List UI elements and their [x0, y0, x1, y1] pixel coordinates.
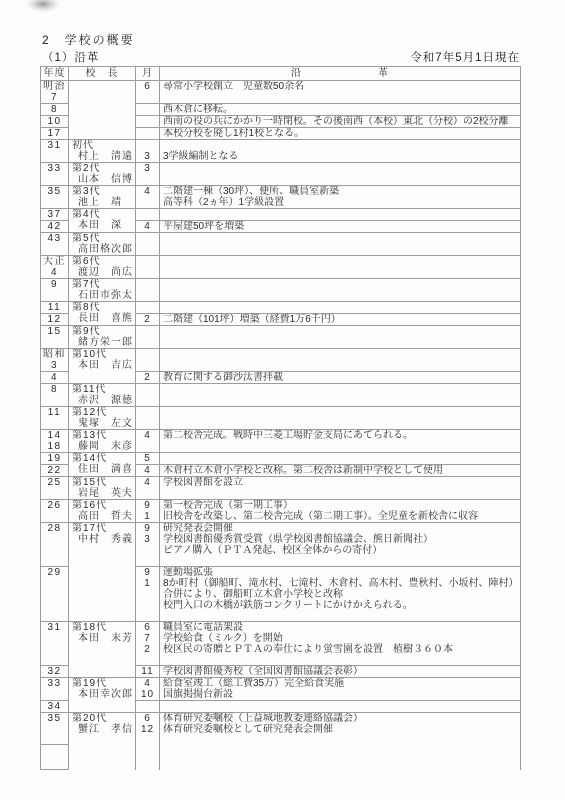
month-cell: [136, 384, 160, 407]
month-value: 7: [136, 633, 159, 644]
year-line: 28: [41, 523, 68, 534]
history-cell: [160, 233, 521, 256]
principal-name: 渡辺 尚広: [69, 267, 135, 278]
history-line: 高等科（2ヵ年）1学級設置: [160, 197, 520, 208]
history-line: 尋常小学校創立 児童数50余名: [160, 81, 520, 92]
month-cell: [136, 104, 160, 116]
principal-title: 第17代: [69, 523, 135, 534]
month-cell: [136, 701, 160, 713]
month-value: 6: [136, 713, 159, 724]
year-line: 4: [41, 267, 68, 278]
year-cell: 大正4: [41, 256, 69, 279]
history-line: 体育研究委嘱校（上益城地教委連絡協議会）: [160, 713, 520, 724]
principal-cell: 第14代住田 満喜: [69, 453, 136, 477]
year-line: 26: [41, 500, 68, 511]
history-line: 学校図書館を設立: [160, 477, 520, 488]
history-cell: [160, 701, 521, 713]
history-line: 研究発表会開催: [160, 523, 520, 534]
principal-cell: 第12代鬼塚 左文: [69, 407, 136, 430]
month-cell: 6: [136, 81, 160, 104]
month-value: 4: [136, 186, 159, 197]
principal-title: 第13代: [69, 430, 135, 441]
month-cell: [136, 279, 160, 302]
principal-title: 第3代: [69, 186, 135, 197]
principal-cell: 第7代石田市弥太: [69, 279, 136, 302]
table-row: 11 第12代鬼塚 左文: [41, 407, 521, 430]
history-line: 二階建（101坪）増築（経費1万6千円）: [160, 314, 520, 325]
principal-title: 初代: [69, 140, 135, 151]
year-line: 8: [41, 104, 68, 115]
year-line: 32: [41, 666, 68, 677]
month-cell: [136, 326, 160, 349]
history-cell: 3学級編制となる: [160, 140, 521, 163]
document-page: 2 学校の概要 （1）沿革 令和7年5月1日現在 年度 校 長 月 沿革 明治7…: [0, 0, 565, 800]
year-line: 34: [41, 701, 68, 712]
year-line: 19: [41, 453, 68, 464]
year-cell: 17: [41, 128, 69, 140]
table-row: 19 第14代住田 満喜 5: [41, 453, 521, 465]
year-cell: 15: [41, 326, 69, 349]
col-header-history: 沿革: [160, 67, 521, 81]
section-subtitle: （1）沿革: [42, 49, 99, 65]
principal-name: 蟹江 孝信: [69, 724, 135, 735]
history-line: 西南の役の兵にかかり一時閉校。その後南西（本校）東北（分校）の2校分離: [160, 116, 520, 127]
month-cell: [136, 349, 160, 372]
year-cell: 31: [41, 622, 69, 666]
history-cell: 二階建一棟（30坪）、便所、職員室新築高等科（2ヵ年）1学級設置: [160, 186, 521, 209]
history-cell: 運動場拡張8か町村（御船町、滝水村、七滝村、木倉村、高木村、豊秋村、小坂村、陣村…: [160, 567, 521, 622]
history-line: 8か町村（御船町、滝水村、七滝村、木倉村、高木村、豊秋村、小坂村、陣村）: [160, 578, 520, 589]
principal-cell: 第17代中村 秀義: [69, 523, 136, 622]
principal-cell: 第3代池上 靖: [69, 186, 136, 209]
table-row: 35 第20代蟹江 孝信 612 体育研究委嘱校（上益城地教委連絡協議会）体育研…: [41, 713, 521, 745]
table-row: 明治7 6 尋常小学校創立 児童数50余名: [41, 81, 521, 104]
month-cell: 4: [136, 430, 160, 453]
history-line: 学校図書館優秀賞受賞（県学校図書館協議会、熊日新聞社）: [160, 534, 520, 545]
month-value: 9: [136, 567, 159, 578]
month-cell: 410: [136, 678, 160, 701]
principal-name: 住田 満喜: [69, 464, 135, 475]
history-cell: 第二校舎完成。戦時中三菱工場貯金支局にあてられる。: [160, 430, 521, 453]
month-value: 4: [136, 477, 159, 488]
principal-cell: 第5代高田格次郎: [69, 233, 136, 256]
table-row: 33 第2代山本 信博 3: [41, 163, 521, 186]
table-row: 43 第5代高田格次郎: [41, 233, 521, 256]
principal-title: 第9代: [69, 326, 135, 337]
year-line: 11: [41, 302, 68, 313]
principal-cell: 第18代本田 末芳: [69, 622, 136, 678]
principal-cell: 第19代本田幸次郎: [69, 678, 136, 713]
history-line: 教育に関する御沙汰書拝載: [160, 372, 520, 383]
history-line: 3学級編制となる: [160, 151, 520, 162]
table-row: 15 第9代緒方栄一郎: [41, 326, 521, 349]
history-cell: 西木倉に移転。: [160, 104, 521, 116]
history-cell: 平屋建50坪を増築: [160, 221, 521, 233]
year-line: 33: [41, 678, 68, 689]
history-line: 平屋建50坪を増築: [160, 221, 520, 232]
year-line: 8: [41, 384, 68, 395]
principal-title: 第15代: [69, 477, 135, 488]
year-cell: 43: [41, 233, 69, 256]
month-cell: 93: [136, 523, 160, 567]
month-value: 3: [136, 151, 159, 162]
history-cell: 学校図書館優秀校（全国図書館協議会表彰）: [160, 666, 521, 678]
month-cell: 4: [136, 186, 160, 209]
table-row: 1418 第13代藤岡 末彦 4 第二校舎完成。戦時中三菱工場貯金支局にあてられ…: [41, 430, 521, 453]
month-cell: [136, 116, 160, 128]
month-value: 3: [136, 163, 159, 174]
principal-name: 池上 靖: [69, 197, 135, 208]
history-line: 第一校舎完成（第一期工事）: [160, 500, 520, 511]
table-row: 33 第19代本田幸次郎 410 給食室竣工（総工費35万）完全給食実施国旗掲揚…: [41, 678, 521, 701]
month-value: 12: [136, 724, 159, 735]
subtitle-row: （1）沿革 令和7年5月1日現在: [42, 49, 520, 65]
year-cell: 1418: [41, 430, 69, 453]
history-line: 二階建一棟（30坪）、便所、職員室新築: [160, 186, 520, 197]
table-row: 昭和3 第10代本田 吉広: [41, 349, 521, 372]
month-value: 4: [136, 465, 159, 476]
principal-name: 赤沢 源徳: [69, 395, 135, 406]
principal-title: 第20代: [69, 713, 135, 724]
principal-cell: 第4代本田 深: [69, 209, 136, 233]
principal-title: 第6代: [69, 256, 135, 267]
principal-cell: 第6代渡辺 尚広: [69, 256, 136, 279]
history-cell: 西南の役の兵にかかり一時閉校。その後南西（本校）東北（分校）の2校分離: [160, 116, 521, 128]
month-cell: 5: [136, 453, 160, 465]
year-line: 31: [41, 622, 68, 633]
principal-cell: 初代村上 清遠: [69, 140, 136, 163]
year-cell: 35: [41, 186, 69, 209]
principal-name: 高田格次郎: [69, 244, 135, 255]
col-header-year: 年度: [41, 67, 69, 81]
month-value: 5: [136, 453, 159, 464]
date-note: 令和7年5月1日現在: [410, 49, 520, 65]
year-line: 10: [41, 116, 68, 127]
table-row: 大正4 第6代渡辺 尚広: [41, 256, 521, 279]
month-cell: 3: [136, 140, 160, 163]
year-cell: 42: [41, 221, 69, 233]
year-line: 17: [41, 128, 68, 139]
year-line: 43: [41, 233, 68, 244]
principal-name: 中村 秀義: [69, 534, 135, 545]
principal-cell: 第11代赤沢 源徳: [69, 384, 136, 407]
page-title: 2 学校の概要: [42, 31, 135, 48]
history-cell: 本校分校を廃し1村1校となる。: [160, 128, 521, 140]
table-row: 31 第18代本田 末芳 672 職員室に電話架設学校給食（ミルク）を開始校区民…: [41, 622, 521, 666]
principal-name: 本田 深: [69, 220, 135, 231]
year-cell: 31: [41, 140, 69, 163]
history-line: 給食室竣工（総工費35万）完全給食実施: [160, 678, 520, 689]
history-cell: 研究発表会開催学校図書館優秀賞受賞（県学校図書館協議会、熊日新聞社）ピアノ購入（…: [160, 523, 521, 567]
year-cell: 8: [41, 384, 69, 407]
year-cell: 11: [41, 407, 69, 430]
year-line: 11: [41, 407, 68, 418]
principal-title: 第11代: [69, 384, 135, 395]
principal-name: 村上 清遠: [69, 151, 135, 162]
year-line: 37: [41, 209, 68, 220]
history-line: 第二校舎完成。戦時中三菱工場貯金支局にあてられる。: [160, 430, 520, 441]
principal-cell: 第15代岩尾 英夫: [69, 477, 136, 500]
year-cell: 9: [41, 279, 69, 302]
principal-title: 第10代: [69, 349, 135, 360]
month-cell: 2: [136, 314, 160, 326]
year-cell: 4: [41, 372, 69, 384]
history-line: 体育研究委嘱校として研究発表会開催: [160, 724, 520, 735]
scan-artifact: [26, 0, 60, 12]
month-value: 11: [136, 666, 159, 677]
year-line: 9: [41, 279, 68, 290]
month-cell: [136, 407, 160, 430]
history-line: 校区民の寄贈とＰＴＡの奉仕により蛍雪園を設置 植樹３６０本: [160, 644, 520, 655]
principal-cell: 第10代本田 吉広: [69, 349, 136, 384]
month-value: 2: [136, 372, 159, 383]
month-value: 2: [136, 314, 159, 325]
history-line: 運動場拡張: [160, 567, 520, 578]
year-line: 35: [41, 713, 68, 724]
month-cell: 4: [136, 465, 160, 477]
year-cell: 26: [41, 500, 69, 523]
month-cell: 672: [136, 622, 160, 666]
history-line: ピアノ購入（ＰＴＡ発起、校区全体からの寄付）: [160, 545, 520, 556]
month-cell: 612: [136, 713, 160, 770]
year-line: 18: [41, 441, 68, 452]
month-cell: [136, 256, 160, 279]
history-cell: [160, 384, 521, 407]
principal-title: 第4代: [69, 209, 135, 220]
month-value: 4: [136, 430, 159, 441]
year-cell: 12: [41, 314, 69, 326]
principal-name: 本田幸次郎: [69, 689, 135, 700]
table-row: 25 第15代岩尾 英夫 4 学校図書館を設立: [41, 477, 521, 500]
table-row: 9 第7代石田市弥太: [41, 279, 521, 302]
history-header-right: 革: [378, 68, 389, 79]
principal-name: 本田 末芳: [69, 633, 135, 644]
year-cell: 35: [41, 713, 69, 745]
year-cell: 明治7: [41, 81, 69, 104]
principal-cell: 第2代山本 信博: [69, 163, 136, 186]
history-cell: 第一校舎完成（第一期工事）旧校舎を改築し、第二校舎完成（第二期工事）。全児童を新…: [160, 500, 521, 523]
history-line: 本校分校を廃し1村1校となる。: [160, 128, 520, 139]
year-line: 35: [41, 186, 68, 197]
principal-name: 長田 喜熊: [69, 313, 135, 324]
principal-name: 高田 哲夫: [69, 511, 135, 522]
principal-title: 第2代: [69, 163, 135, 174]
history-cell: 体育研究委嘱校（上益城地教委連絡協議会）体育研究委嘱校として研究発表会開催: [160, 713, 521, 770]
year-line: 7: [41, 92, 68, 103]
year-cell: 昭和3: [41, 349, 69, 372]
month-cell: [136, 128, 160, 140]
year-line: 昭和: [41, 349, 68, 360]
principal-title: 第14代: [69, 453, 135, 464]
history-cell: 教育に関する御沙汰書拝載: [160, 372, 521, 384]
history-cell: [160, 326, 521, 349]
year-line: 12: [41, 314, 68, 325]
year-cell: 34: [41, 701, 69, 713]
year-line: 3: [41, 360, 68, 371]
year-line: 22: [41, 465, 68, 476]
month-cell: 91: [136, 567, 160, 622]
history-cell: 給食室竣工（総工費35万）完全給食実施国旗掲揚台新設: [160, 678, 521, 701]
month-value: 4: [136, 678, 159, 689]
year-cell: 11: [41, 302, 69, 314]
year-cell: 37: [41, 209, 69, 221]
principal-name: 石田市弥太: [69, 290, 135, 301]
principal-title: 第18代: [69, 622, 135, 633]
history-cell: 尋常小学校創立 児童数50余名: [160, 81, 521, 104]
year-cell: 8: [41, 104, 69, 116]
principal-title: 第7代: [69, 279, 135, 290]
year-line: 25: [41, 477, 68, 488]
principal-name: 緒方栄一郎: [69, 337, 135, 348]
month-value: 9: [136, 523, 159, 534]
principal-name: 本田 吉広: [69, 360, 135, 371]
history-cell: [160, 349, 521, 372]
month-cell: 91: [136, 500, 160, 523]
col-header-month: 月: [136, 67, 160, 81]
history-line: 西木倉に移転。: [160, 104, 520, 115]
history-line: 学校図書館優秀校（全国図書館協議会表彰）: [160, 666, 520, 677]
principal-cell: 第16代高田 哲夫: [69, 500, 136, 523]
table-row: 35 第3代池上 靖 4 二階建一棟（30坪）、便所、職員室新築高等科（2ヵ年）…: [41, 186, 521, 209]
history-cell: 学校図書館を設立: [160, 477, 521, 500]
history-line: 木倉村立木倉小学校と改称。第二校舎は新制中学校として使用: [160, 465, 520, 476]
year-line: 明治: [41, 81, 68, 92]
history-cell: [160, 209, 521, 221]
month-value: 1: [136, 578, 159, 589]
principal-cell: 第13代藤岡 末彦: [69, 430, 136, 453]
principal-name: 山本 信博: [69, 174, 135, 185]
year-cell: 19: [41, 453, 69, 465]
history-header-left: 沿: [291, 68, 302, 79]
history-cell: 職員室に電話架設学校給食（ミルク）を開始校区民の寄贈とＰＴＡの奉仕により蛍雪園を…: [160, 622, 521, 666]
history-cell: 木倉村立木倉小学校と改称。第二校舎は新制中学校として使用: [160, 465, 521, 477]
col-header-principal: 校 長: [69, 67, 136, 81]
month-value: 4: [136, 221, 159, 232]
history-line: 旧校舎を改築し、第二校舎完成（第二期工事）。全児童を新校舎に収容: [160, 511, 520, 522]
month-value: 1: [136, 511, 159, 522]
history-cell: [160, 163, 521, 186]
month-cell: [136, 233, 160, 256]
year-cell: 33: [41, 163, 69, 186]
history-cell: [160, 302, 521, 314]
year-line: 大正: [41, 256, 68, 267]
year-line: 4: [41, 372, 68, 383]
year-cell: 25: [41, 477, 69, 500]
year-line: 33: [41, 163, 68, 174]
principal-title: 第16代: [69, 500, 135, 511]
month-value: 3: [136, 534, 159, 545]
history-line: 職員室に電話架設: [160, 622, 520, 633]
month-cell: [136, 302, 160, 314]
year-line: 42: [41, 221, 68, 232]
month-value: 2: [136, 644, 159, 655]
year-cell: 28: [41, 523, 69, 567]
table-row: 31 初代村上 清遠 3 3学級編制となる: [41, 140, 521, 163]
header-row: 年度 校 長 月 沿革: [41, 67, 521, 81]
principal-cell: 第8代長田 喜熊: [69, 302, 136, 326]
year-line: 14: [41, 430, 68, 441]
table-row: 26 第16代高田 哲夫 91 第一校舎完成（第一期工事）旧校舎を改築し、第二校…: [41, 500, 521, 523]
principal-title: 第12代: [69, 407, 135, 418]
month-cell: 3: [136, 163, 160, 186]
month-cell: 11: [136, 666, 160, 678]
principal-cell: [69, 81, 136, 140]
month-cell: 4: [136, 221, 160, 233]
history-cell: [160, 453, 521, 465]
table-row: 8 第11代赤沢 源徳: [41, 384, 521, 407]
principal-title: 第19代: [69, 678, 135, 689]
table-row: 28 第17代中村 秀義 93 研究発表会開催学校図書館優秀賞受賞（県学校図書館…: [41, 523, 521, 567]
principal-title: 第5代: [69, 233, 135, 244]
history-line: 合併により、御船町立木倉小学校と改称: [160, 589, 520, 600]
month-value: 10: [136, 689, 159, 700]
month-cell: 2: [136, 372, 160, 384]
principal-name: 岩尾 英夫: [69, 488, 135, 499]
history-line: 国旗掲揚台新設: [160, 689, 520, 700]
history-cell: [160, 279, 521, 302]
table-row: 37 第4代本田 深: [41, 209, 521, 221]
year-line: 15: [41, 326, 68, 337]
month-value: 6: [136, 622, 159, 633]
principal-name: 藤岡 末彦: [69, 441, 135, 452]
principal-cell: 第9代緒方栄一郎: [69, 326, 136, 349]
history-table: 年度 校 長 月 沿革 明治7 6 尋常小学校創立 児童数50余名 8 西木倉に…: [40, 66, 521, 770]
month-cell: 4: [136, 477, 160, 500]
year-line: 31: [41, 140, 68, 151]
table-row: 11 第8代長田 喜熊: [41, 302, 521, 314]
month-cell: [136, 209, 160, 221]
history-line: 校門入口の木橋が鉄筋コンクリートにかけかえられる。: [160, 600, 520, 611]
year-line: 29: [41, 567, 68, 578]
history-cell: [160, 256, 521, 279]
principal-title: 第8代: [69, 302, 135, 313]
year-cell: 22: [41, 465, 69, 477]
history-line: 学校給食（ミルク）を開始: [160, 633, 520, 644]
month-value: 9: [136, 500, 159, 511]
principal-name: 鬼塚 左文: [69, 418, 135, 429]
principal-cell: 第20代蟹江 孝信: [69, 713, 136, 770]
year-cell: 32: [41, 666, 69, 678]
year-cell: 29: [41, 567, 69, 622]
year-cell: 10: [41, 116, 69, 128]
history-cell: [160, 407, 521, 430]
month-value: 6: [136, 81, 159, 92]
history-cell: 二階建（101坪）増築（経費1万6千円）: [160, 314, 521, 326]
year-cell: 33: [41, 678, 69, 701]
year-cell: [41, 745, 69, 770]
